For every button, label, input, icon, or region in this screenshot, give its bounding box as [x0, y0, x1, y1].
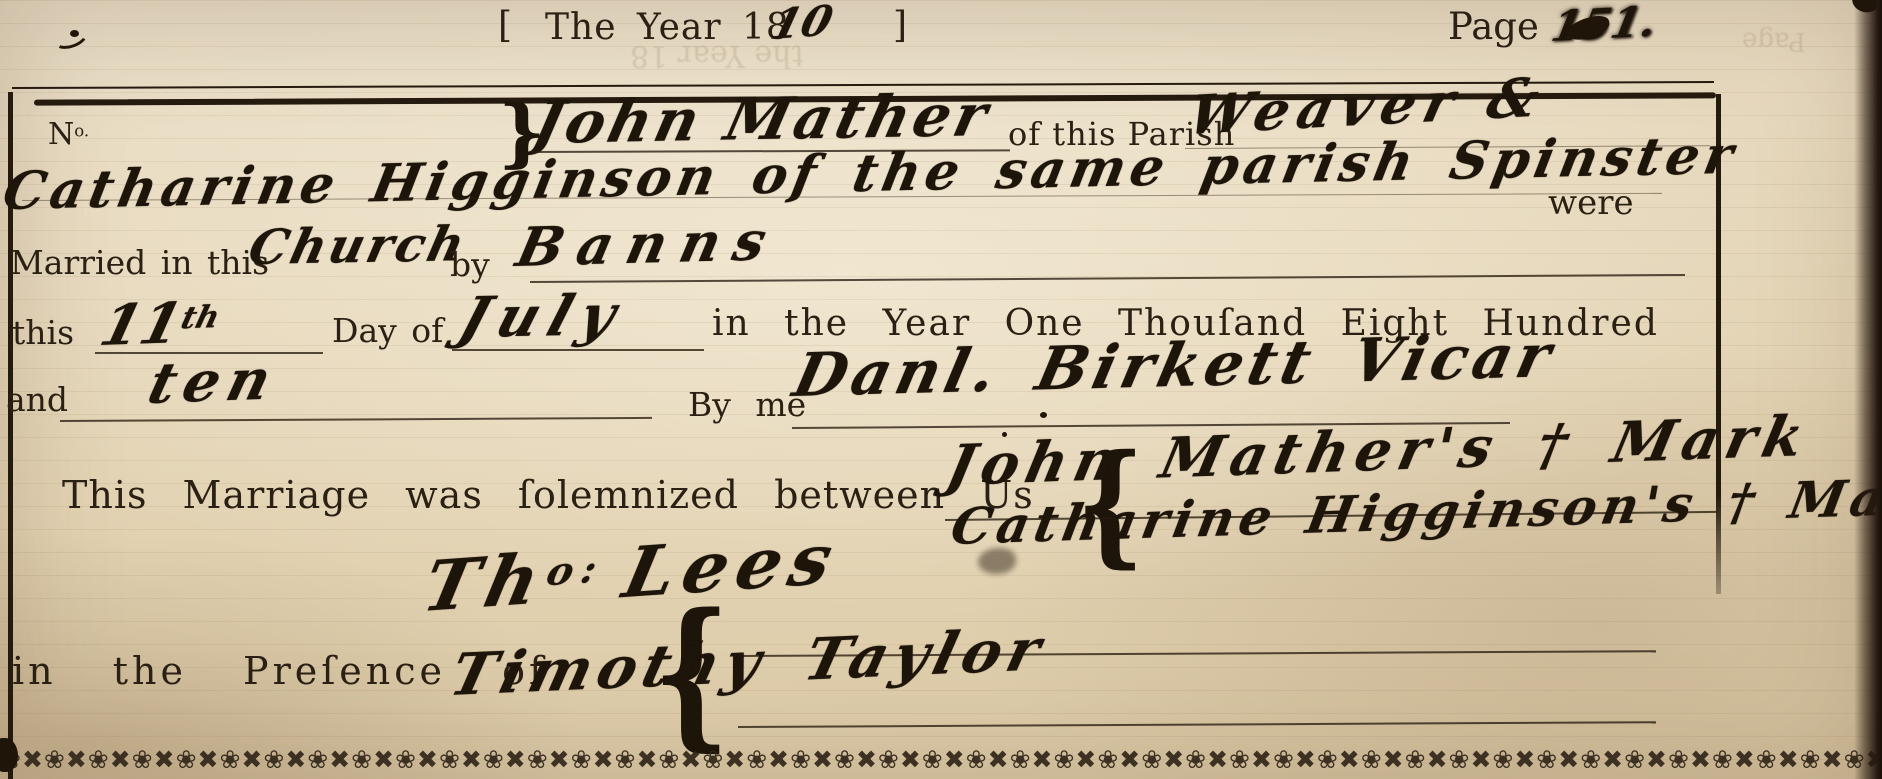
year-word-handwritten: ten [143, 352, 284, 412]
and-printed: and [6, 383, 68, 416]
officiant-signature-handwritten: Danl. Birkett Vicar [788, 326, 1561, 406]
banns-handwritten: Banns [512, 213, 785, 274]
ruled-line [452, 349, 704, 351]
ink-squiggle [49, 21, 90, 53]
day-suffix: th [177, 299, 223, 336]
ruled-line [738, 721, 1656, 728]
by-printed: by [450, 248, 490, 281]
ink-speck [1040, 412, 1047, 418]
bleedthrough-text: Page [1742, 28, 1806, 54]
month-handwritten: July [453, 287, 632, 346]
page-label: Page [1448, 8, 1539, 45]
ruled-line [530, 274, 1685, 283]
page-edge-shadow [1854, 0, 1882, 779]
married-in-this-printed: Married in this [10, 246, 269, 279]
bride-line-handwritten: Catharine Higginson of the same parish S… [0, 130, 1742, 218]
decorative-border: ❀✖❀✖❀✖❀✖❀✖❀✖❀✖❀✖❀✖❀✖❀✖❀✖❀✖❀✖❀✖❀✖❀✖❀✖❀✖❀✖… [0, 741, 1882, 779]
solemnized-printed: This Marriage was ſolemnized between Us [62, 476, 1034, 514]
marriage-register-page: [ The Year 18 10 ] Page 151. the Year 18… [0, 0, 1882, 779]
bleedthrough-text: the Year 18 [630, 40, 804, 70]
year-close-bracket: ] [893, 8, 907, 44]
no-label: No. [48, 120, 89, 150]
witness1-rest: Lees [616, 517, 847, 614]
year-open-bracket: [ [498, 8, 512, 44]
ink-speck [70, 30, 79, 37]
witness2-signature-handwritten: Timothy Taylor [445, 620, 1052, 704]
this-printed: this [12, 316, 74, 349]
church-handwritten: Church [244, 220, 471, 272]
ruled-line [60, 417, 652, 422]
day-of-printed: Day of [332, 314, 443, 347]
were-printed: were [1548, 186, 1634, 220]
witness1-signature-handwritten: Tho:Lees [417, 524, 846, 622]
witness1-sup: o: [542, 547, 609, 596]
day-number: 11 [94, 290, 189, 359]
no-label-sup: o. [74, 122, 89, 141]
witness1-pre: Th [416, 537, 555, 628]
no-label-base: N [48, 117, 74, 152]
day-handwritten: 11th [95, 294, 225, 354]
